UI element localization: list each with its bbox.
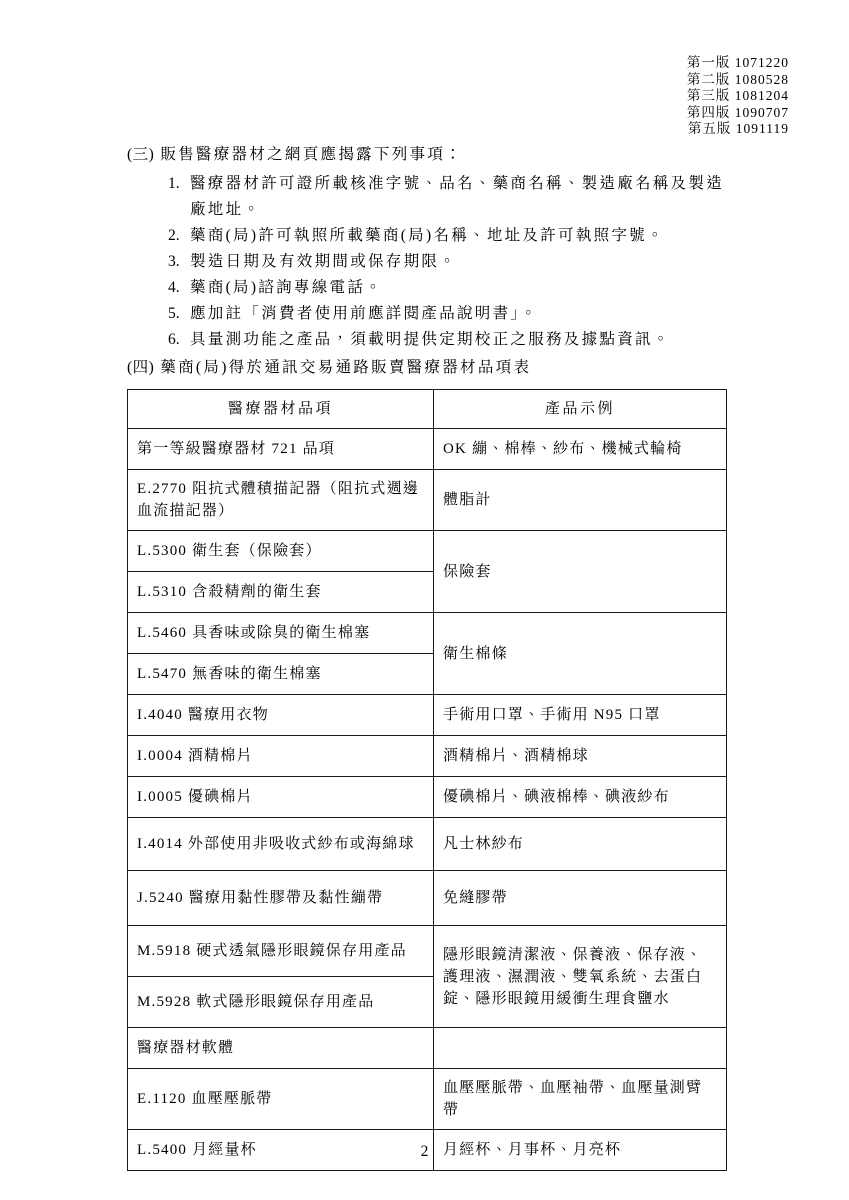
table-cell: OK 繃、棉棒、紗布、機械式輪椅 <box>434 429 727 470</box>
table-cell: 凡士林紗布 <box>434 818 727 871</box>
table-cell: L.5310 含殺精劑的衛生套 <box>128 572 434 613</box>
table-cell: I.0005 優碘棉片 <box>128 777 434 818</box>
table-row: I.0005 優碘棉片優碘棉片、碘液棉棒、碘液紗布 <box>128 777 727 818</box>
table-row: I.4014 外部使用非吸收式紗布或海綿球凡士林紗布 <box>128 818 727 871</box>
list-item: 5.應加註「消費者使用前應詳閱產品說明書」。 <box>127 301 728 327</box>
list-item: 2.藥商(局)許可執照所載藥商(局)名稱、地址及許可執照字號。 <box>127 223 728 249</box>
section-3-title: 販售醫療器材之網頁應揭露下列事項： <box>160 146 463 163</box>
table-cell: 醫療器材軟體 <box>128 1028 434 1069</box>
revision-line: 第三版 1081204 <box>687 88 789 105</box>
table-cell: M.5918 硬式透氣隱形眼鏡保存用產品 <box>128 926 434 977</box>
table-cell: J.5240 醫療用黏性膠帶及黏性繃帶 <box>128 871 434 926</box>
items-table-body: 第一等級醫療器材 721 品項OK 繃、棉棒、紗布、機械式輪椅E.2770 阻抗… <box>128 429 727 1171</box>
list-item-number: 6. <box>168 327 180 353</box>
section-4-marker: (四) <box>127 359 154 376</box>
column-header-device-item: 醫療器材品項 <box>128 390 434 429</box>
table-row: M.5918 硬式透氣隱形眼鏡保存用產品隱形眼鏡清潔液、保養液、保存液、護理液、… <box>128 926 727 977</box>
list-item: 3.製造日期及有效期間或保存期限。 <box>127 249 728 275</box>
list-item: 4.藥商(局)諮詢專線電話。 <box>127 275 728 301</box>
revision-line: 第一版 1071220 <box>687 55 789 72</box>
table-cell: 保險套 <box>434 531 727 613</box>
table-row: 第一等級醫療器材 721 品項OK 繃、棉棒、紗布、機械式輪椅 <box>128 429 727 470</box>
table-cell: L.5470 無香味的衛生棉塞 <box>128 654 434 695</box>
list-item-number: 2. <box>168 223 180 249</box>
list-item-number: 1. <box>168 171 180 197</box>
table-row: 醫療器材軟體 <box>128 1028 727 1069</box>
table-cell: 第一等級醫療器材 721 品項 <box>128 429 434 470</box>
table-cell: L.5300 衛生套（保險套） <box>128 531 434 572</box>
document-page: 第一版 1071220 第二版 1080528 第三版 1081204 第四版 … <box>0 0 849 1200</box>
disclosure-item-list: 1.醫療器材許可證所載核准字號、品名、藥商名稱、製造廠名稱及製造廠地址。 2.藥… <box>127 171 728 353</box>
revision-history: 第一版 1071220 第二版 1080528 第三版 1081204 第四版 … <box>687 55 789 138</box>
table-cell: 體脂計 <box>434 470 727 531</box>
list-item-text: 醫療器材許可證所載核准字號、品名、藥商名稱、製造廠名稱及製造廠地址。 <box>190 175 724 218</box>
table-header-row: 醫療器材品項 產品示例 <box>128 390 727 429</box>
table-cell <box>434 1028 727 1069</box>
table-cell: 衛生棉條 <box>434 613 727 695</box>
table-cell: 手術用口罩、手術用 N95 口罩 <box>434 695 727 736</box>
table-cell: I.4040 醫療用衣物 <box>128 695 434 736</box>
medical-device-items-table: 醫療器材品項 產品示例 第一等級醫療器材 721 品項OK 繃、棉棒、紗布、機械… <box>127 389 727 1171</box>
table-cell: 酒精棉片、酒精棉球 <box>434 736 727 777</box>
list-item-number: 4. <box>168 275 180 301</box>
list-item: 6.具量測功能之產品，須載明提供定期校正之服務及據點資訊。 <box>127 327 728 353</box>
table-cell: M.5928 軟式隱形眼鏡保存用產品 <box>128 977 434 1028</box>
revision-line: 第五版 1091119 <box>687 121 789 138</box>
list-item-number: 3. <box>168 249 180 275</box>
table-row: E.1120 血壓壓脈帶血壓壓脈帶、血壓袖帶、血壓量測臂帶 <box>128 1069 727 1130</box>
table-cell: 優碘棉片、碘液棉棒、碘液紗布 <box>434 777 727 818</box>
revision-line: 第四版 1090707 <box>687 105 789 122</box>
list-item-text: 製造日期及有效期間或保存期限。 <box>190 253 457 270</box>
revision-line: 第二版 1080528 <box>687 72 789 89</box>
list-item-text: 應加註「消費者使用前應詳閱產品說明書」。 <box>190 305 538 322</box>
main-content: (三)販售醫療器材之網頁應揭露下列事項： 1.醫療器材許可證所載核准字號、品名、… <box>127 144 728 1171</box>
list-item: 1.醫療器材許可證所載核准字號、品名、藥商名稱、製造廠名稱及製造廠地址。 <box>127 171 728 223</box>
list-item-number: 5. <box>168 301 180 327</box>
list-item-text: 藥商(局)許可執照所載藥商(局)名稱、地址及許可執照字號。 <box>190 227 665 244</box>
list-item-text: 具量測功能之產品，須載明提供定期校正之服務及據點資訊。 <box>190 331 671 348</box>
section-3-marker: (三) <box>127 146 154 163</box>
table-row: L.5460 具香味或除臭的衛生棉塞衛生棉條 <box>128 613 727 654</box>
table-row: J.5240 醫療用黏性膠帶及黏性繃帶免縫膠帶 <box>128 871 727 926</box>
table-cell: I.0004 酒精棉片 <box>128 736 434 777</box>
section-3-heading: (三)販售醫療器材之網頁應揭露下列事項： <box>127 144 728 166</box>
table-cell: 隱形眼鏡清潔液、保養液、保存液、護理液、濕潤液、雙氧系統、去蛋白錠、隱形眼鏡用緩… <box>434 926 727 1028</box>
table-row: I.0004 酒精棉片酒精棉片、酒精棉球 <box>128 736 727 777</box>
column-header-product-example: 產品示例 <box>434 390 727 429</box>
table-cell: E.2770 阻抗式體積描記器（阻抗式週邊血流描記器） <box>128 470 434 531</box>
table-cell: 免縫膠帶 <box>434 871 727 926</box>
table-row: E.2770 阻抗式體積描記器（阻抗式週邊血流描記器）體脂計 <box>128 470 727 531</box>
section-4-title: 藥商(局)得於通訊交易通路販賣醫療器材品項表 <box>160 359 531 376</box>
section-4-heading: (四)藥商(局)得於通訊交易通路販賣醫療器材品項表 <box>127 357 728 379</box>
table-row: I.4040 醫療用衣物手術用口罩、手術用 N95 口罩 <box>128 695 727 736</box>
table-cell: L.5460 具香味或除臭的衛生棉塞 <box>128 613 434 654</box>
table-row: L.5300 衛生套（保險套）保險套 <box>128 531 727 572</box>
page-number: 2 <box>0 1143 849 1161</box>
table-cell: I.4014 外部使用非吸收式紗布或海綿球 <box>128 818 434 871</box>
table-cell: E.1120 血壓壓脈帶 <box>128 1069 434 1130</box>
table-cell: 血壓壓脈帶、血壓袖帶、血壓量測臂帶 <box>434 1069 727 1130</box>
list-item-text: 藥商(局)諮詢專線電話。 <box>190 279 383 296</box>
